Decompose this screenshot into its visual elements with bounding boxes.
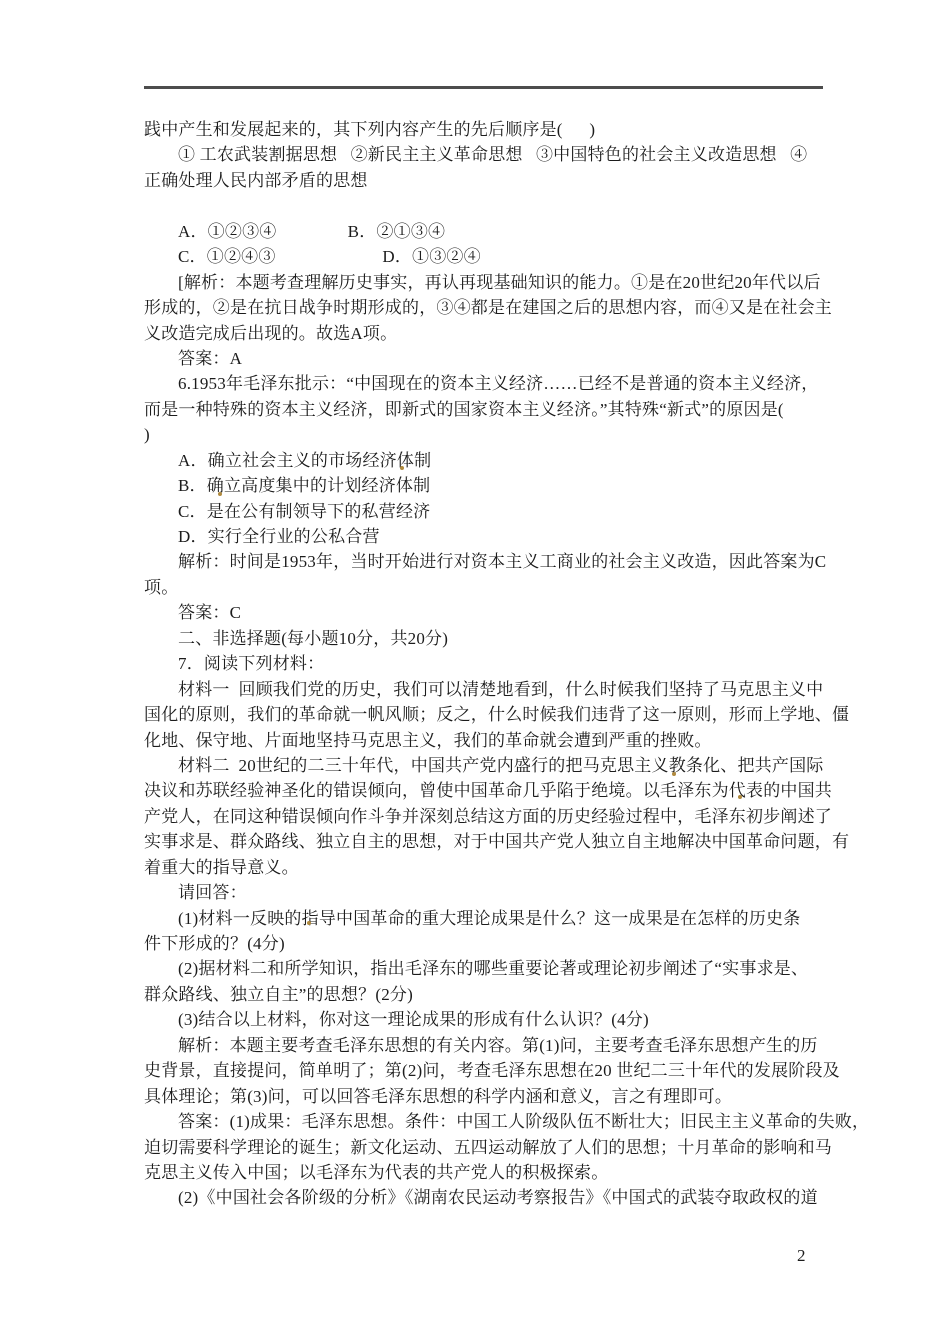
text-line: 义改造完成后出现的。故选A项。: [144, 321, 834, 346]
text-line: 决议和苏联经验神圣化的错误倾向，曾使中国革命几乎陷于绝境。以毛泽东为代表的中国共: [144, 778, 834, 803]
text-line: (1)材料一反映的指导中国革命的重大理论成果是什么？这一成果是在怎样的历史条: [144, 906, 834, 931]
document-body: 践中产生和发展起来的，其下列内容产生的先后顺序是( )① 工农武装割据思想 ②新…: [144, 117, 834, 1211]
text-line: 产党人，在同这种错误倾向作斗争并深刻总结这方面的历史经验过程中，毛泽东初步阐述了: [144, 804, 834, 829]
text-line: 7．阅读下列材料：: [144, 651, 834, 676]
text-line: [解析：本题考查理解历史事实，再认再现基础知识的能力。①是在20世纪20年代以后: [144, 270, 834, 295]
text-line: 着重大的指导意义。: [144, 855, 834, 880]
text-line: B．确立高度集中的计划经济体制: [144, 473, 834, 498]
blank-line: [144, 193, 834, 218]
text-line: 群众路线、独立自主”的思想？(2分): [144, 982, 834, 1007]
text-line: 答案：A: [144, 346, 834, 371]
page-number: 2: [797, 1243, 806, 1268]
text-line: 解析：时间是1953年，当时开始进行对资本主义工商业的社会主义改造，因此答案为C: [144, 549, 834, 574]
text-line: 实事求是、群众路线、独立自主的思想，对于中国共产党人独立自主地解决中国革命问题，…: [144, 829, 834, 854]
text-line: 材料二 20世纪的二三十年代，中国共产党内盛行的把马克思主义教条化、把共产国际: [144, 753, 834, 778]
text-line: 国化的原则，我们的革命就一帆风顺；反之，什么时候我们违背了这一原则，形而上学地、…: [144, 702, 834, 727]
text-line: 史背景，直接提问，简单明了；第(2)问，考查毛泽东思想在20 世纪二三十年代的发…: [144, 1058, 834, 1083]
text-line: 正确处理人民内部矛盾的思想: [144, 168, 834, 193]
text-line: 而是一种特殊的资本主义经济，即新式的国家资本主义经济。”其特殊“新式”的原因是(: [144, 397, 834, 422]
text-line: C．是在公有制领导下的私营经济: [144, 499, 834, 524]
text-line: ① 工农武装割据思想 ②新民主主义革命思想 ③中国特色的社会主义改造思想 ④: [144, 142, 834, 167]
text-line: 解析：本题主要考查毛泽东思想的有关内容。第(1)问，主要考查毛泽东思想产生的历: [144, 1033, 834, 1058]
text-line: 项。: [144, 575, 834, 600]
text-line: ): [144, 422, 834, 447]
text-line: 践中产生和发展起来的，其下列内容产生的先后顺序是( ): [144, 117, 834, 142]
text-line: 二、非选择题(每小题10分，共20分): [144, 626, 834, 651]
text-line: 化地、保守地、片面地坚持马克思主义，我们的革命就会遭到严重的挫败。: [144, 728, 834, 753]
text-line: 形成的，②是在抗日战争时期形成的，③④都是在建国之后的思想内容，而④又是在社会主: [144, 295, 834, 320]
text-line: 答案：C: [144, 600, 834, 625]
text-line: (3)结合以上材料，你对这一理论成果的形成有什么认识？(4分): [144, 1007, 834, 1032]
text-line: (2)据材料二和所学知识，指出毛泽东的哪些重要论著或理论初步阐述了“实事求是、: [144, 956, 834, 981]
text-line: 迫切需要科学理论的诞生；新文化运动、五四运动解放了人们的思想；十月革命的影响和马: [144, 1135, 834, 1160]
text-line: 具体理论；第(3)问，可以回答毛泽东思想的科学内涵和意义，言之有理即可。: [144, 1084, 834, 1109]
text-line: A．确立社会主义的市场经济体制: [144, 448, 834, 473]
text-line: 答案：(1)成果：毛泽东思想。条件：中国工人阶级队伍不断壮大；旧民主主义革命的失…: [144, 1109, 834, 1134]
text-line: 材料一 回顾我们党的历史，我们可以清楚地看到，什么时候我们坚持了马克思主义中: [144, 677, 834, 702]
text-line: C．①②④③ D．①③②④: [144, 244, 834, 269]
text-line: (2)《中国社会各阶级的分析》《湖南农民运动考察报告》《中国式的武装夺取政权的道: [144, 1185, 834, 1210]
text-line: 件下形成的？(4分): [144, 931, 834, 956]
text-line: 请回答：: [144, 880, 834, 905]
text-line: 6.1953年毛泽东批示：“中国现在的资本主义经济……已经不是普通的资本主义经济…: [144, 371, 834, 396]
text-line: A．①②③④ B．②①③④: [144, 219, 834, 244]
text-line: 克思主义传入中国；以毛泽东为代表的共产党人的积极探索。: [144, 1160, 834, 1185]
header-rule: [144, 86, 823, 89]
document-page: 践中产生和发展起来的，其下列内容产生的先后顺序是( )① 工农武装割据思想 ②新…: [0, 0, 950, 1344]
text-line: D．实行全行业的公私合营: [144, 524, 834, 549]
